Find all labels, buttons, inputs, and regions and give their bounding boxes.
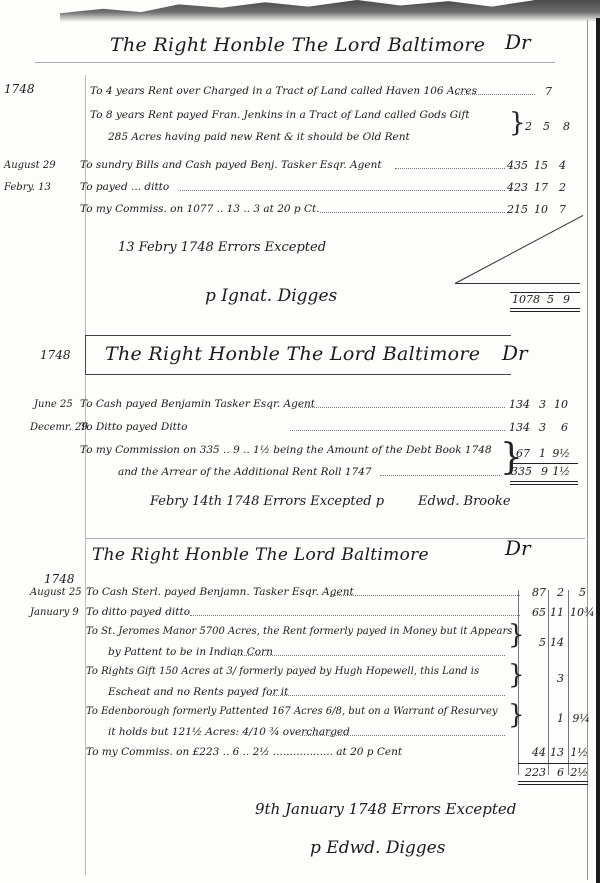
total-rule	[510, 463, 578, 464]
entry-pounds: 87	[520, 586, 546, 599]
ledger-entry: August 29 To sundry Bills and Cash payed…	[0, 158, 600, 174]
entry-pence: 2	[552, 181, 566, 194]
total-double-rule	[518, 781, 588, 782]
leader-dots	[180, 189, 505, 191]
entry-description: To St. Jeromes Manor 5700 Acres, the Ren…	[86, 626, 512, 637]
entry-date: Febry. 13	[4, 182, 88, 193]
heading-underline	[35, 62, 555, 63]
entry-description: Escheat and no Rents payed for it	[108, 686, 288, 698]
entry-description: To Rights Gift 150 Acres at 3/ formerly …	[86, 666, 479, 677]
entry-description: To Cash Sterl. payed Benjamn. Tasker Esq…	[86, 586, 354, 598]
leader-dots	[395, 167, 505, 169]
entry-description: by Pattent to be in Indian Corn	[108, 646, 273, 658]
leader-dots	[290, 429, 505, 431]
leader-dots	[330, 594, 520, 596]
entry-pounds: 435	[502, 159, 528, 172]
entry-shillings: 11	[550, 606, 564, 619]
entry-description: To ditto payed ditto	[86, 606, 190, 618]
total-double-rule	[510, 481, 578, 482]
section-total-shillings: 6	[550, 766, 564, 779]
entry-description: To Cash payed Benjamin Tasker Esqr. Agen…	[80, 398, 315, 410]
entry-year: 1748	[44, 572, 75, 586]
section-total-shillings: 5	[542, 293, 554, 306]
total-rule	[518, 763, 588, 764]
entry-pence: 6	[554, 421, 568, 434]
section-total-pence: 9	[558, 293, 570, 306]
entry-shillings: 10	[532, 203, 548, 216]
leader-dots	[455, 93, 535, 95]
entry-shillings: 1	[534, 447, 546, 460]
entry-pounds: 134	[508, 398, 530, 411]
ledger-entry: To my Commiss. on 1077 .. 13 .. 3 at 20 …	[0, 202, 600, 218]
ledger-entry: Escheat and no Rents payed for it	[0, 685, 600, 701]
entry-description: 285 Acres having paid new Rent & it shou…	[108, 131, 410, 143]
section-heading: The Right Honble The Lord Baltimore	[105, 343, 480, 365]
section-heading: The Right Honble The Lord Baltimore	[92, 545, 429, 565]
entry-pounds: 65	[520, 606, 546, 619]
signature: Edwd. Brooke	[418, 494, 511, 509]
entry-pence: 7	[538, 85, 552, 98]
total-double-rule	[510, 308, 580, 309]
entry-shillings: 3	[534, 398, 546, 411]
debit-marker: Dr	[502, 341, 528, 365]
debit-marker: Dr	[505, 30, 531, 54]
entry-pounds: 215	[502, 203, 528, 216]
entry-pounds: 423	[502, 181, 528, 194]
leader-dots	[320, 211, 505, 213]
section-total-pounds: 1078	[512, 293, 538, 306]
entry-description: To Ditto payed Ditto	[80, 421, 187, 433]
section-total-pounds: 223	[520, 766, 546, 779]
entry-shillings: 13	[550, 746, 564, 759]
entry-pounds: 134	[508, 421, 530, 434]
section-heading: The Right Honble The Lord Baltimore	[110, 34, 485, 56]
leader-dots	[300, 406, 505, 408]
entry-description: To 4 years Rent over Charged in a Tract …	[90, 85, 477, 97]
leader-dots	[235, 654, 505, 656]
entry-description: To my Commission on 335 .. 9 .. 1½ being…	[80, 444, 492, 456]
total-double-rule	[518, 784, 588, 785]
entry-description: To my Commiss. on £223 .. 6 .. 2½ ......…	[86, 746, 402, 758]
closing-line: 9th January 1748 Errors Excepted	[255, 800, 516, 818]
entry-shillings: 3	[550, 672, 564, 685]
entry-pence: 9½	[550, 447, 570, 460]
entry-pence: 7	[552, 203, 566, 216]
entry-pounds: 67	[514, 447, 530, 460]
section-total-pence: 1½	[552, 465, 570, 478]
entry-description: and the Arrear of the Additional Rent Ro…	[118, 466, 372, 478]
closing-line: Febry 14th 1748 Errors Excepted p	[150, 494, 384, 509]
ledger-entry: Febry. 13 To payed ... ditto 423 17 2	[0, 180, 600, 196]
entry-pence: 4	[552, 159, 566, 172]
torn-page-edge	[60, 0, 600, 22]
ledger-entry: August 25 To Cash Sterl. payed Benjamn. …	[0, 585, 600, 601]
cancel-stroke	[455, 215, 583, 284]
entry-description: it holds but 121½ Acres: 4/10 ¾ overchar…	[108, 726, 350, 738]
ledger-entry: To my Commiss. on £223 .. 6 .. 2½ ......…	[0, 745, 600, 761]
entry-shillings: 15	[532, 159, 548, 172]
entry-pence: 10	[554, 398, 568, 411]
total-double-rule	[510, 311, 580, 312]
leader-dots	[270, 694, 505, 696]
entry-pence: 9¼	[570, 712, 590, 725]
signature: p Edwd. Digges	[310, 838, 445, 858]
section-total-pence: 2½	[570, 766, 588, 779]
entry-date: August 29	[4, 160, 88, 171]
entry-description: To sundry Bills and Cash payed Benj. Tas…	[80, 159, 382, 171]
section-total-shillings: 9	[536, 465, 548, 478]
entry-pence: 1½	[570, 746, 588, 759]
cancel-stroke	[455, 283, 580, 284]
signature: p Ignat. Digges	[205, 286, 337, 306]
entry-description: To my Commiss. on 1077 .. 13 .. 3 at 20 …	[80, 203, 320, 215]
ledger-entry: 285 Acres having paid new Rent & it shou…	[0, 130, 600, 146]
total-double-rule	[510, 484, 578, 485]
leader-dots	[380, 474, 500, 476]
entry-description: To Edenborough formerly Pattented 167 Ac…	[86, 706, 498, 717]
entry-shillings: 2	[550, 586, 564, 599]
entry-shillings: 17	[532, 181, 548, 194]
leader-dots	[190, 614, 520, 616]
leader-dots	[300, 734, 505, 736]
section-total-pounds: 335	[508, 465, 532, 478]
ledger-entry: it holds but 121½ Acres: 4/10 ¾ overchar…	[0, 725, 600, 741]
entry-pence: 10¾	[570, 606, 592, 619]
ledger-entry: by Pattent to be in Indian Corn	[0, 645, 600, 661]
entry-shillings: 3	[534, 421, 546, 434]
debit-marker: Dr	[505, 536, 531, 560]
ledger-entry: Decemr. 29 To Ditto payed Ditto 134 3 6	[0, 420, 600, 436]
ledger-entry: January 9 To ditto payed ditto 65 11 10¾	[0, 605, 600, 621]
ledger-entry: June 25 To Cash payed Benjamin Tasker Es…	[0, 397, 600, 413]
ledger-entry: To 4 years Rent over Charged in a Tract …	[0, 84, 600, 100]
entry-year: 1748	[40, 348, 71, 362]
entry-description: To payed ... ditto	[80, 181, 169, 193]
closing-line: 13 Febry 1748 Errors Excepted	[118, 240, 326, 255]
entry-pence: 5	[570, 586, 586, 599]
entry-shillings: 1	[550, 712, 564, 725]
entry-description: To 8 years Rent payed Fran. Jenkins in a…	[90, 109, 470, 121]
entry-pounds: 44	[520, 746, 546, 759]
